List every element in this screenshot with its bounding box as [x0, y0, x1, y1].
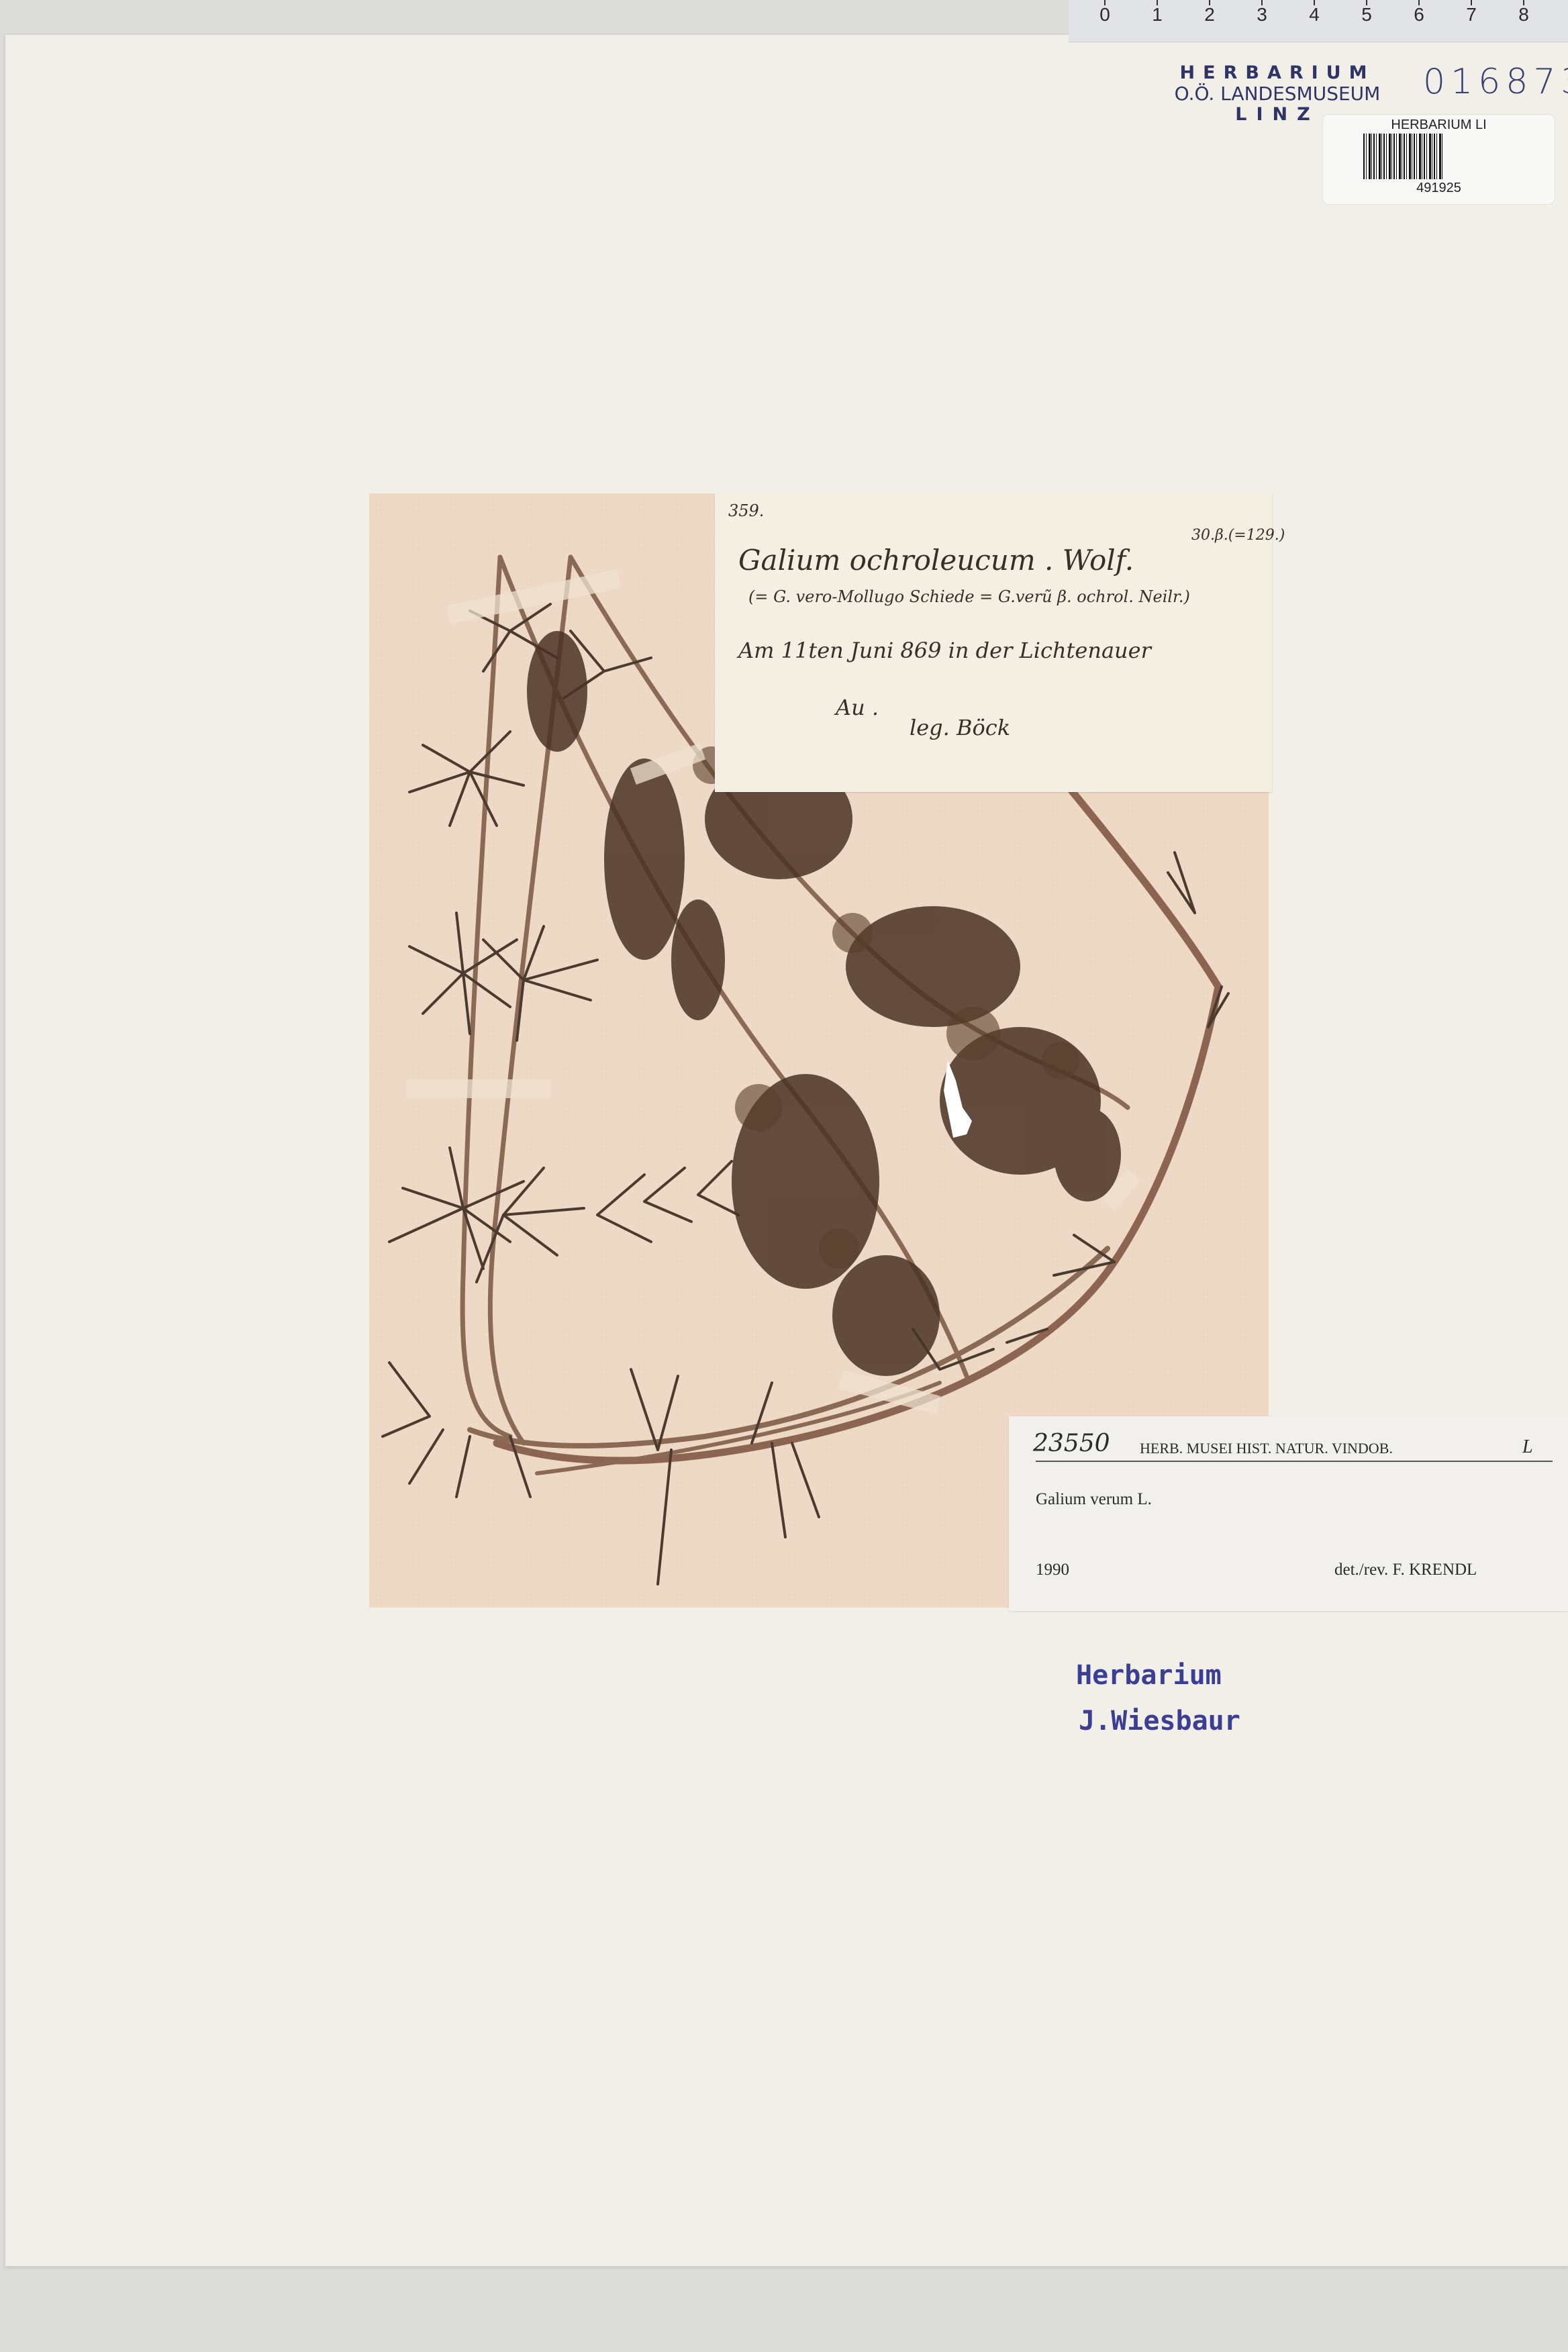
collection-stamp: Herbarium J.Wiesbaur	[1076, 1653, 1240, 1744]
revision-year: 1990	[1036, 1561, 1069, 1579]
label-synonym: (= G. vero-Mollugo Schiede = G.verũ β. o…	[748, 587, 1190, 606]
revision-number: 23550	[1033, 1430, 1110, 1457]
revision-corner-mark: L	[1522, 1436, 1533, 1458]
label-taxon: Galium ochroleucum . Wolf.	[738, 544, 1134, 577]
label-number: 359.	[728, 501, 764, 520]
original-collection-label: 359. 30.β.(=129.) Galium ochroleucum . W…	[715, 493, 1272, 792]
revision-taxon: Galium verum L.	[1036, 1490, 1152, 1509]
revision-label: 23550 HERB. MUSEI HIST. NATUR. VINDOB. L…	[1009, 1416, 1568, 1611]
revision-determiner: det./rev. F. KRENDL	[1334, 1561, 1477, 1579]
label-locality: Am 11ten Juni 869 in der Lichtenauer	[738, 638, 1151, 663]
collection-stamp-line1: Herbarium	[1076, 1653, 1240, 1698]
plant-specimen-image	[0, 0, 1568, 2352]
label-collector: leg. Böck	[910, 715, 1010, 740]
collection-stamp-line2: J.Wiesbaur	[1076, 1698, 1240, 1744]
label-locality-2: Au .	[836, 695, 879, 720]
label-reference: 30.β.(=129.)	[1191, 527, 1285, 544]
label-divider	[1036, 1461, 1553, 1462]
revision-institution: HERB. MUSEI HIST. NATUR. VINDOB.	[1140, 1440, 1393, 1457]
